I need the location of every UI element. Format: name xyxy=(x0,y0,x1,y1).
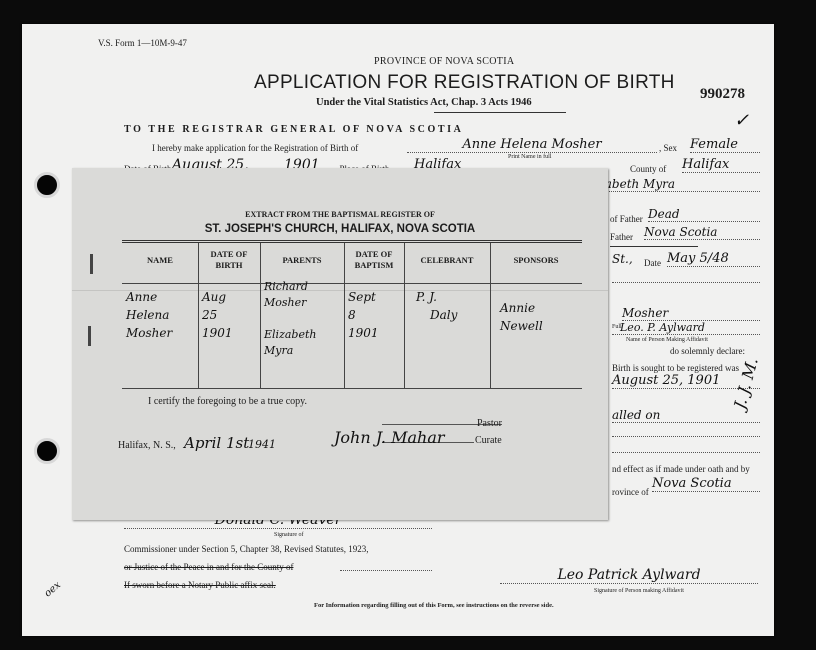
province-label: rovince of xyxy=(612,487,649,497)
pastor-label: Pastor xyxy=(477,418,502,429)
certificate-place-label: Halifax, N. S., xyxy=(118,440,176,451)
county-field: Halifax xyxy=(682,157,760,173)
father-status-label: of Father xyxy=(610,214,643,224)
certificate-date: April 1st xyxy=(184,434,249,452)
birth-sought-text: Birth is sought to be registered was xyxy=(612,363,739,373)
justice-text: or Justice of the Peace in and for the C… xyxy=(124,562,293,572)
staple xyxy=(90,254,93,274)
surname-field: Mosher xyxy=(622,306,760,321)
punch-hole xyxy=(34,172,60,198)
sex-field: Female xyxy=(690,137,760,153)
cell-sponsors: AnnieNewell xyxy=(490,299,582,335)
form-title: APPLICATION FOR REGISTRATION OF BIRTH xyxy=(254,72,675,94)
punch-hole xyxy=(34,438,60,464)
child-name-field: Anne Helena Mosher xyxy=(407,137,657,153)
blank-line xyxy=(612,452,760,453)
baptismal-certificate: EXTRACT FROM THE BAPTISMAL REGISTER OF S… xyxy=(72,168,608,520)
extract-heading: EXTRACT FROM THE BAPTISMAL REGISTER OF xyxy=(72,210,608,219)
certificate-year: 1941 xyxy=(248,438,276,451)
declare-text: do solemnly declare: xyxy=(670,346,745,356)
cell-name: AnneHelenaMosher xyxy=(122,288,198,342)
commissioner-text: Commissioner under Section 5, Chapter 38… xyxy=(124,544,368,554)
birthplace-father-field: Nova Scotia xyxy=(644,225,760,240)
curate-label: Curate xyxy=(475,435,502,446)
province-field: Nova Scotia xyxy=(652,476,760,492)
cell-parents: RichardMosher ElizabethMyra xyxy=(260,279,344,359)
intro-label: I hereby make application for the Regist… xyxy=(152,143,358,153)
mother-name-field: Elizabeth Myra xyxy=(582,177,760,192)
called-on-field: alled on xyxy=(612,408,760,423)
curate-signature: John J. Mahar xyxy=(334,428,445,447)
birth-registration-form: V.S. Form 1—10M-9-47 PROVINCE OF NOVA SC… xyxy=(22,24,774,636)
blank-line xyxy=(612,282,760,283)
serial-number: 990278 xyxy=(700,86,745,103)
cell-date-of-birth: Aug251901 xyxy=(198,288,260,342)
affiant-signature-label: Signature of Person making Affidavit xyxy=(594,588,684,594)
column-date-of-baptism: DATE OF BAPTISM Sept81901 xyxy=(344,243,405,388)
affiant-signature: Leo Patrick Aylward xyxy=(500,567,758,584)
check-mark-icon: ✓ xyxy=(734,110,749,131)
column-celebrant: CELEBRANT P. J.Daly xyxy=(404,243,491,388)
affiant-name-field: Leo. P. Aylward xyxy=(612,321,760,335)
staple xyxy=(88,326,91,346)
county-blank xyxy=(340,570,432,571)
county-label: County of xyxy=(630,164,666,174)
form-subtitle: Under the Vital Statistics Act, Chap. 3 … xyxy=(316,97,532,108)
affiant-hint: Name of Person Making Affidavit xyxy=(626,337,708,343)
title-rule xyxy=(434,112,566,113)
blank-line xyxy=(612,436,760,437)
signature-of-label: Signature of xyxy=(274,532,304,538)
certify-text: I certify the foregoing to be a true cop… xyxy=(148,396,307,407)
church-name: ST. JOSEPH'S CHURCH, HALIFAX, NOVA SCOTI… xyxy=(72,223,608,235)
effect-text: nd effect as if made under oath and by xyxy=(612,464,750,474)
baptismal-register-table: NAME AnneHelenaMosher DATE OF BIRTH Aug2… xyxy=(122,240,582,243)
address-fragment: St., xyxy=(612,252,633,266)
addressee: TO THE REGISTRAR GENERAL OF NOVA SCOTIA xyxy=(124,124,463,135)
margin-note: oex xyxy=(43,580,64,600)
sex-label: , Sex xyxy=(659,143,677,153)
father-status-field: Dead xyxy=(648,207,760,222)
column-date-of-birth: DATE OF BIRTH Aug251901 xyxy=(198,243,261,388)
column-parents: PARENTS RichardMosher ElizabethMyra xyxy=(260,243,345,388)
application-date-field: May 5/48 xyxy=(667,251,760,267)
birthplace-father-label: Father xyxy=(610,232,633,242)
form-number: V.S. Form 1—10M-9-47 xyxy=(98,38,187,48)
province-heading: PROVINCE OF NOVA SCOTIA xyxy=(374,56,514,67)
column-name: NAME AnneHelenaMosher xyxy=(122,243,199,388)
date-label: Date xyxy=(644,258,661,268)
cell-date-of-baptism: Sept81901 xyxy=(344,288,404,342)
notary-text: If sworn before a Notary Public affix se… xyxy=(124,580,276,590)
section-rule xyxy=(610,246,698,247)
column-sponsors: SPONSORS AnnieNewell xyxy=(490,243,582,388)
footer-note: For Information regarding filling out of… xyxy=(314,602,554,609)
cell-celebrant: P. J.Daly xyxy=(404,288,490,324)
